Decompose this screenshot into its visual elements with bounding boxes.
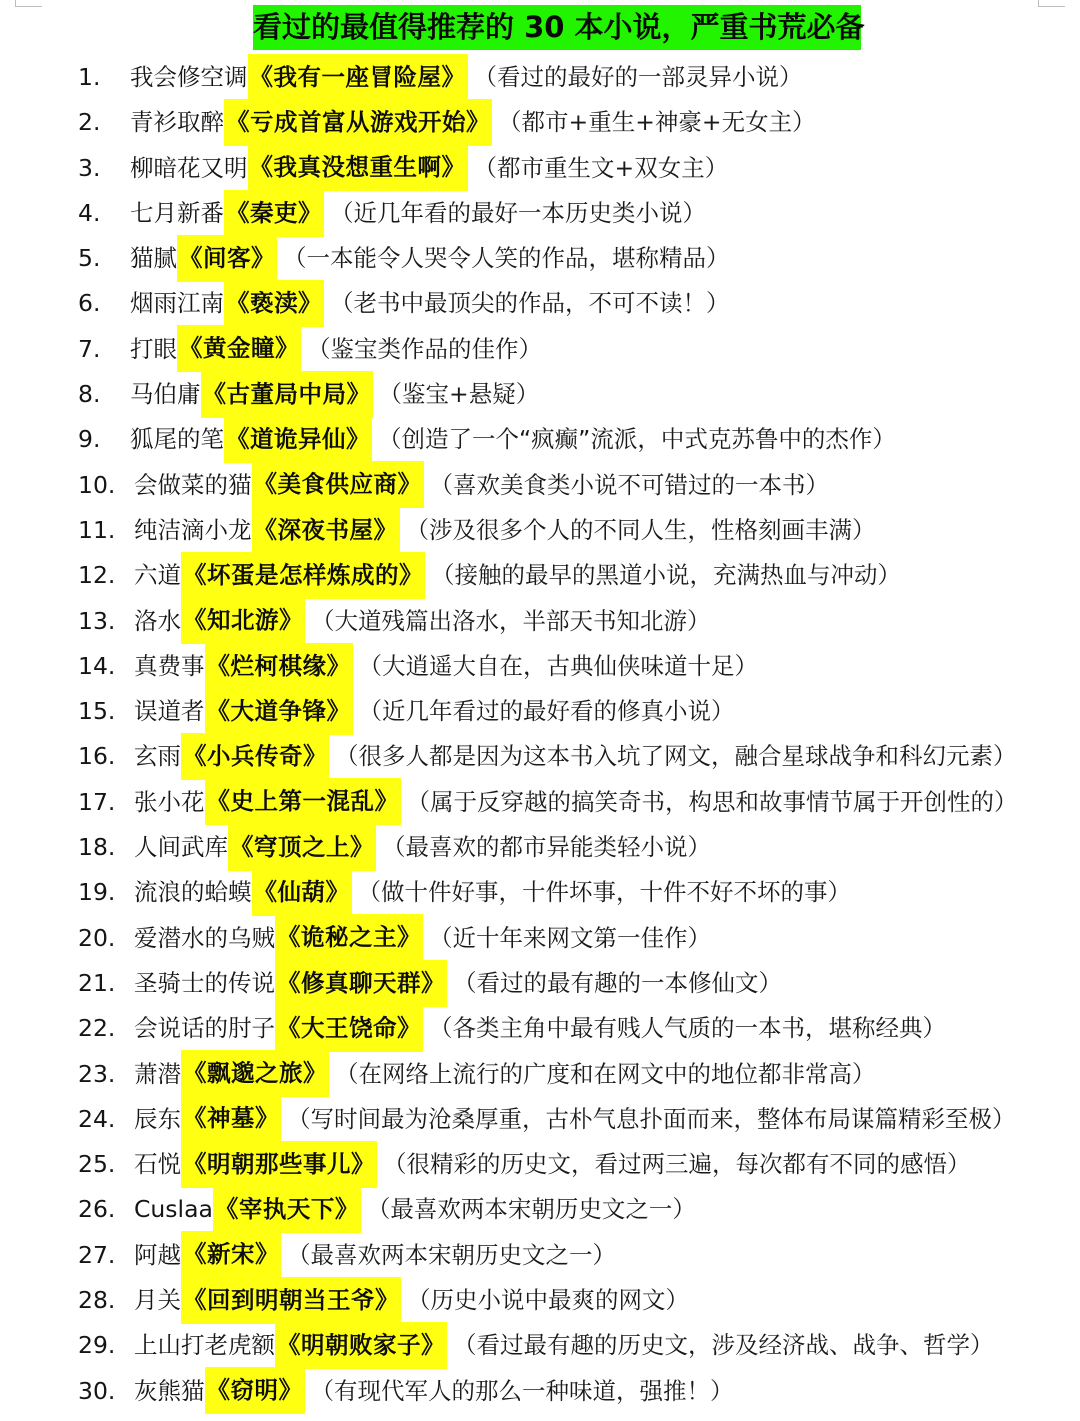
item-book-title: 《宰执天下》 [213,1186,361,1233]
item-author: 石悦 [134,1142,181,1187]
item-book-title: 《明朝那些事儿》 [181,1141,377,1188]
item-number: 19. [0,870,134,915]
item-author: 狐尾的笔 [130,417,224,462]
item-book-title: 《我有一座冒险屋》 [248,54,468,101]
item-number: 11. [0,508,134,553]
item-number: 21. [0,961,134,1006]
item-book-title: 《黄金瞳》 [177,325,301,372]
item-number: 16. [0,734,134,779]
item-author: 灰熊猫 [134,1369,205,1414]
item-note: （看过最有趣的历史文，涉及经济战、战争、哲学） [447,1323,994,1368]
item-book-title: 《烂柯棋缘》 [205,643,353,690]
list-item: 22.会说话的肘子《大王饶命》（各类主角中最有贱人气质的一本书，堪称经典） [0,1006,1080,1051]
item-number: 3. [0,146,130,191]
item-number: 7. [0,327,130,372]
list-item: 8.马伯庸《古董局中局》（鉴宝+悬疑） [0,372,1080,417]
item-book-title: 《明朝败家子》 [275,1322,447,1369]
list-item: 28.月关《回到明朝当王爷》（历史小说中最爽的网文） [0,1278,1080,1323]
item-note: （一本能令人哭令人笑的作品，堪称精品） [277,236,730,281]
item-number: 30. [0,1369,134,1414]
item-book-title: 《坏蛋是怎样炼成的》 [181,552,425,599]
item-note: （各类主角中最有贱人气质的一本书，堪称经典） [423,1006,946,1051]
item-book-title: 《道诡异仙》 [224,416,372,463]
item-note: （鉴宝+悬疑） [373,372,540,417]
item-author: 猫腻 [130,236,177,281]
item-number: 6. [0,281,130,326]
item-book-title: 《修真聊天群》 [275,960,447,1007]
item-number: 14. [0,644,134,689]
item-note: （接触的最早的黑道小说，充满热血与冲动） [425,553,901,598]
item-number: 5. [0,236,130,281]
item-book-title: 《秦吏》 [224,190,324,237]
item-number: 25. [0,1142,134,1187]
item-number: 22. [0,1006,134,1051]
item-note: （老书中最顶尖的作品，不可不读！） [324,281,730,326]
item-book-title: 《深夜书屋》 [252,507,400,554]
list-item: 2.青衫取醉《亏成首富从游戏开始》（都市+重生+神豪+无女主） [0,100,1080,145]
list-item: 21.圣骑士的传说《修真聊天群》（看过的最有趣的一本修仙文） [0,961,1080,1006]
page-corner-mark-left [15,0,42,7]
list-item: 9.狐尾的笔《道诡异仙》（创造了一个“疯癫”流派，中式克苏鲁中的杰作） [0,417,1080,462]
list-item: 5.猫腻《间客》（一本能令人哭令人笑的作品，堪称精品） [0,236,1080,281]
item-number: 18. [0,825,134,870]
item-note: （涉及很多个人的不同人生，性格刻画丰满） [400,508,876,553]
item-note: （大逍遥大自在，古典仙侠味道十足） [353,644,759,689]
list-item: 12.六道《坏蛋是怎样炼成的》（接触的最早的黑道小说，充满热血与冲动） [0,553,1080,598]
list-item: 14.真费事《烂柯棋缘》（大逍遥大自在，古典仙侠味道十足） [0,644,1080,689]
item-book-title: 《亏成首富从游戏开始》 [224,99,492,146]
item-note: （做十件好事，十件坏事，十件不好不坏的事） [352,870,852,915]
item-number: 15. [0,689,134,734]
item-number: 20. [0,916,134,961]
item-note: （近十年来网文第一佳作） [423,916,711,961]
item-note: （最喜欢的都市异能类轻小说） [376,825,711,870]
item-number: 8. [0,372,130,417]
item-number: 2. [0,100,130,145]
item-number: 9. [0,417,130,462]
list-item: 3.柳暗花又明《我真没想重生啊》（都市重生文+双女主） [0,146,1080,191]
list-item: 10.会做菜的猫《美食供应商》（喜欢美食类小说不可错过的一本书） [0,463,1080,508]
item-author: 圣骑士的传说 [134,961,275,1006]
list-item: 24.辰东《神墓》（写时间最为沧桑厚重，古朴气息扑面而来，整体布局谋篇精彩至极） [0,1097,1080,1142]
page-corner-mark-right [1038,0,1065,7]
item-author: 打眼 [130,327,177,372]
list-item: 23.萧潜《飘邈之旅》（在网络上流行的广度和在网文中的地位都非常高） [0,1052,1080,1097]
item-number: 1. [0,55,130,100]
item-author: 柳暗花又明 [130,146,248,191]
item-book-title: 《窃明》 [205,1367,305,1414]
item-number: 24. [0,1097,134,1142]
item-book-title: 《小兵传奇》 [181,733,329,780]
item-author: 萧潜 [134,1052,181,1097]
item-note: （创造了一个“疯癫”流派，中式克苏鲁中的杰作） [372,417,896,462]
item-note: （近几年看过的最好看的修真小说） [353,689,735,734]
item-number: 27. [0,1233,134,1278]
item-note: （喜欢美食类小说不可错过的一本书） [424,463,830,508]
list-item: 11.纯洁滴小龙《深夜书屋》（涉及很多个人的不同人生，性格刻画丰满） [0,508,1080,553]
item-author: 会做菜的猫 [134,463,252,508]
item-book-title: 《古董局中局》 [201,371,373,418]
list-item: 29.上山打老虎额《明朝败家子》（看过最有趣的历史文，涉及经济战、战争、哲学） [0,1323,1080,1368]
item-book-title: 《新宋》 [181,1231,281,1278]
item-author: 我会修空调 [130,55,248,100]
item-note: （都市重生文+双女主） [468,146,729,191]
item-book-title: 《知北游》 [181,597,305,644]
item-author: 辰东 [134,1097,181,1142]
item-author: 张小花 [134,780,205,825]
list-item: 13.洛水《知北游》（大道残篇出洛水，半部天书知北游） [0,599,1080,644]
list-item: 26.Cuslaa《宰执天下》（最喜欢两本宋朝历史文之一） [0,1187,1080,1232]
item-note: （写时间最为沧桑厚重，古朴气息扑面而来，整体布局谋篇精彩至极） [281,1097,1016,1142]
item-author: 玄雨 [134,734,181,779]
item-author: 上山打老虎额 [134,1323,275,1368]
item-author: 流浪的蛤蟆 [134,870,252,915]
item-author: 七月新番 [130,191,224,236]
item-number: 4. [0,191,130,236]
list-item: 15.误道者《大道争锋》（近几年看过的最好看的修真小说） [0,689,1080,734]
item-author: 月关 [134,1278,181,1323]
item-number: 28. [0,1278,134,1323]
item-book-title: 《大王饶命》 [275,1005,423,1052]
item-book-title: 《美食供应商》 [252,461,424,508]
item-note: （鉴宝类作品的佳作） [301,327,542,372]
item-number: 29. [0,1323,134,1368]
item-book-title: 《间客》 [177,235,277,282]
item-author: 会说话的肘子 [134,1006,275,1051]
item-author: 真费事 [134,644,205,689]
item-note: （在网络上流行的广度和在网文中的地位都非常高） [329,1052,876,1097]
item-author: 人间武库 [134,825,228,870]
item-author: 爱潜水的乌贼 [134,916,275,961]
item-book-title: 《亵渎》 [224,280,324,327]
item-note: （看过的最有趣的一本修仙文） [447,961,782,1006]
list-item: 17.张小花《史上第一混乱》（属于反穿越的搞笑奇书，构思和故事情节属于开创性的） [0,780,1080,825]
item-author: 洛水 [134,599,181,644]
list-item: 16.玄雨《小兵传奇》（很多人都是因为这本书入坑了网文，融合星球战争和科幻元素） [0,734,1080,779]
item-book-title: 《回到明朝当王爷》 [181,1277,401,1324]
item-book-title: 《飘邈之旅》 [181,1050,329,1097]
item-book-title: 《诡秘之主》 [275,914,423,961]
item-note: （很精彩的历史文，看过两三遍，每次都有不同的感悟） [377,1142,971,1187]
list-item: 7.打眼《黄金瞳》（鉴宝类作品的佳作） [0,327,1080,372]
item-number: 13. [0,599,134,644]
item-note: （近几年看的最好一本历史类小说） [324,191,706,236]
item-note: （属于反穿越的搞笑奇书，构思和故事情节属于开创性的） [401,780,1018,825]
item-note: （历史小说中最爽的网文） [401,1278,689,1323]
item-book-title: 《仙葫》 [252,869,352,916]
list-item: 6.烟雨江南《亵渎》（老书中最顶尖的作品，不可不读！） [0,281,1080,326]
item-note: （很多人都是因为这本书入坑了网文，融合星球战争和科幻元素） [329,734,1017,779]
item-book-title: 《我真没想重生啊》 [248,144,468,191]
item-note: （最喜欢两本宋朝历史文之一） [281,1233,616,1278]
item-note: （都市+重生+神豪+无女主） [492,100,816,145]
item-note: （看过的最好的一部灵异小说） [468,55,803,100]
item-author: 青衫取醉 [130,100,224,145]
list-item: 20.爱潜水的乌贼《诡秘之主》（近十年来网文第一佳作） [0,916,1080,961]
item-note: （有现代军人的那么一种味道，强推！） [305,1369,734,1414]
item-author: 阿越 [134,1233,181,1278]
item-author: Cuslaa [134,1187,213,1232]
item-book-title: 《穹顶之上》 [228,824,376,871]
page-title: 看过的最值得推荐的 30 本小说，严重书荒必备 [253,5,861,50]
list-item: 19.流浪的蛤蟆《仙葫》（做十件好事，十件坏事，十件不好不坏的事） [0,870,1080,915]
item-author: 烟雨江南 [130,281,224,326]
list-item: 27.阿越《新宋》（最喜欢两本宋朝历史文之一） [0,1233,1080,1278]
item-number: 23. [0,1052,134,1097]
list-item: 18.人间武库《穹顶之上》（最喜欢的都市异能类轻小说） [0,825,1080,870]
item-author: 纯洁滴小龙 [134,508,252,553]
item-book-title: 《神墓》 [181,1095,281,1142]
item-number: 10. [0,463,134,508]
item-author: 马伯庸 [130,372,201,417]
list-item: 1.我会修空调《我有一座冒险屋》（看过的最好的一部灵异小说） [0,55,1080,100]
item-note: （大道残篇出洛水，半部天书知北游） [305,599,711,644]
list-item: 30.灰熊猫《窃明》（有现代军人的那么一种味道，强推！） [0,1369,1080,1414]
item-number: 17. [0,780,134,825]
list-item: 25.石悦《明朝那些事儿》（很精彩的历史文，看过两三遍，每次都有不同的感悟） [0,1142,1080,1187]
item-book-title: 《大道争锋》 [205,688,353,735]
item-number: 12. [0,553,134,598]
item-number: 26. [0,1187,134,1232]
book-list: 1.我会修空调《我有一座冒险屋》（看过的最好的一部灵异小说）2.青衫取醉《亏成首… [0,55,1080,1414]
item-author: 误道者 [134,689,205,734]
item-note: （最喜欢两本宋朝历史文之一） [361,1187,696,1232]
item-author: 六道 [134,553,181,598]
list-item: 4.七月新番《秦吏》（近几年看的最好一本历史类小说） [0,191,1080,236]
item-book-title: 《史上第一混乱》 [205,778,401,825]
